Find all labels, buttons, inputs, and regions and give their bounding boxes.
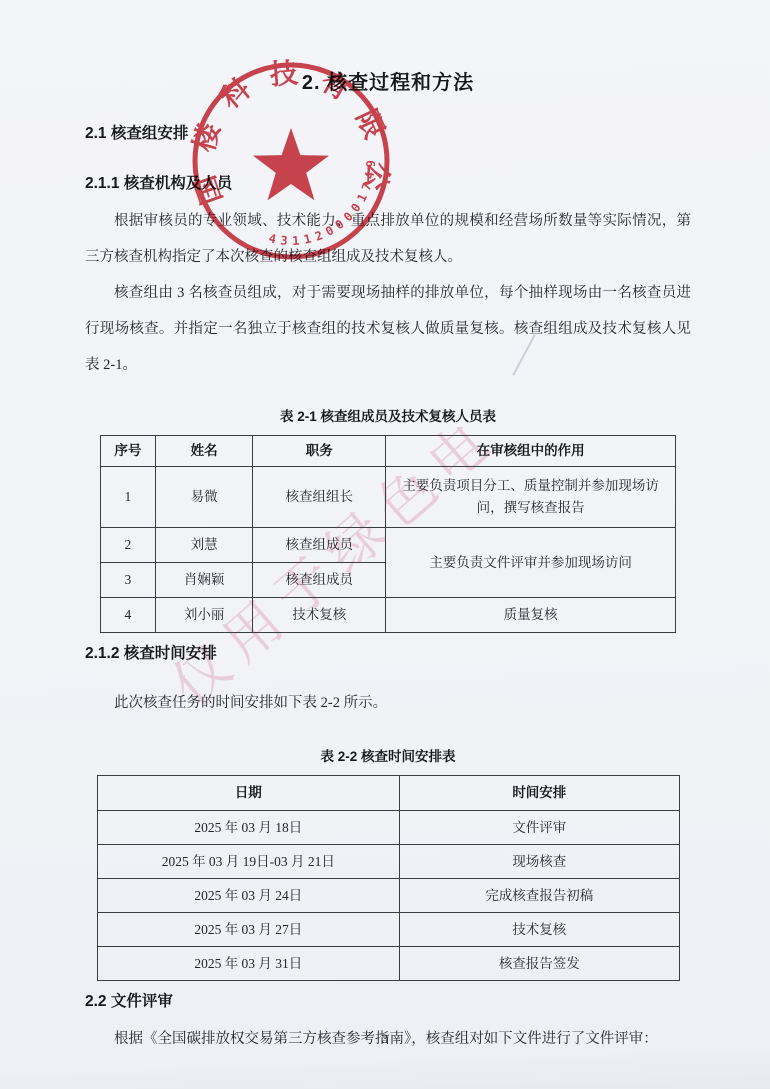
table-row: 日期 时间安排	[97, 776, 679, 811]
cell-seq: 4	[101, 598, 156, 633]
cell-duty: 质量复核	[386, 598, 676, 633]
page-number: 3	[0, 1031, 770, 1047]
table-2-1-caption: 表 2-1 核查组成员及技术复核人员表	[85, 405, 691, 425]
scanned-report-page: 仅用于绿色电 国楼科技有限公司 4311200001749 2. 核查过程和方法…	[0, 0, 770, 1089]
paragraph-team-composition: 核查组由 3 名核查员组成，对于需要现场抽样的排放单位，每个抽样现场由一名核查员…	[85, 275, 691, 383]
cell-duty-merged: 主要负责文件评审并参加现场访问	[386, 528, 676, 598]
col-header-role: 职务	[253, 436, 386, 467]
cell-task: 完成核查报告初稿	[400, 879, 679, 913]
cell-date: 2025 年 03 月 18日	[97, 811, 400, 845]
cell-date: 2025 年 03 月 27日	[97, 913, 400, 947]
table-row: 2025 年 03 月 24日 完成核查报告初稿	[97, 879, 679, 913]
cell-date: 2025 年 03 月 19日-03 月 21日	[97, 845, 400, 879]
table-row: 2025 年 03 月 27日 技术复核	[97, 913, 679, 947]
cell-role: 核查组成员	[253, 563, 386, 598]
cell-date: 2025 年 03 月 31日	[97, 947, 400, 981]
star-icon	[253, 128, 329, 200]
table-2-2-schedule: 日期 时间安排 2025 年 03 月 18日 文件评审 2025 年 03 月…	[97, 775, 680, 981]
cell-seq: 2	[101, 528, 156, 563]
table-row: 1 易微 核查组组长 主要负责项目分工、质量控制并参加现场访问，撰写核查报告	[101, 467, 676, 528]
cell-seq: 3	[101, 563, 156, 598]
cell-task: 文件评审	[400, 811, 679, 845]
cell-role: 核查组成员	[253, 528, 386, 563]
cell-name: 刘小丽	[155, 598, 253, 633]
cell-task: 技术复核	[400, 913, 679, 947]
col-header-seq: 序号	[101, 436, 156, 467]
table-row: 2 刘慧 核查组成员 主要负责文件评审并参加现场访问	[101, 528, 676, 563]
table-2-2-caption: 表 2-2 核查时间安排表	[85, 745, 691, 765]
table-row: 4 刘小丽 技术复核 质量复核	[101, 598, 676, 633]
col-header-date: 日期	[97, 776, 400, 811]
cell-date: 2025 年 03 月 24日	[97, 879, 400, 913]
cell-role: 核查组组长	[253, 467, 386, 528]
seal-graphic: 国楼科技有限公司 4311200001749	[186, 56, 398, 268]
cell-role: 技术复核	[253, 598, 386, 633]
col-header-name: 姓名	[155, 436, 253, 467]
cell-task: 核查报告签发	[400, 947, 679, 981]
table-2-1-verification-team: 序号 姓名 职务 在审核组中的作用 1 易微 核查组组长 主要负责项目分工、质量…	[100, 435, 676, 633]
cell-task: 现场核查	[400, 845, 679, 879]
cell-name: 刘慧	[155, 528, 253, 563]
cell-name: 易微	[155, 467, 253, 528]
cell-duty: 主要负责项目分工、质量控制并参加现场访问，撰写核查报告	[386, 467, 676, 528]
cell-name: 肖娴颖	[155, 563, 253, 598]
section-heading-2-2: 2.2 文件评审	[85, 989, 691, 1011]
col-header-duty: 在审核组中的作用	[386, 436, 676, 467]
table-row: 2025 年 03 月 18日 文件评审	[97, 811, 679, 845]
paragraph-schedule-intro: 此次核查任务的时间安排如下表 2-2 所示。	[85, 685, 691, 721]
cell-seq: 1	[101, 467, 156, 528]
table-row: 序号 姓名 职务 在审核组中的作用	[101, 436, 676, 467]
table-row: 2025 年 03 月 19日-03 月 21日 现场核查	[97, 845, 679, 879]
table-row: 2025 年 03 月 31日 核查报告签发	[97, 947, 679, 981]
company-seal-stamp: 国楼科技有限公司 4311200001749	[186, 56, 398, 268]
col-header-task: 时间安排	[400, 776, 679, 811]
section-heading-2-1-2: 2.1.2 核查时间安排	[85, 641, 691, 663]
